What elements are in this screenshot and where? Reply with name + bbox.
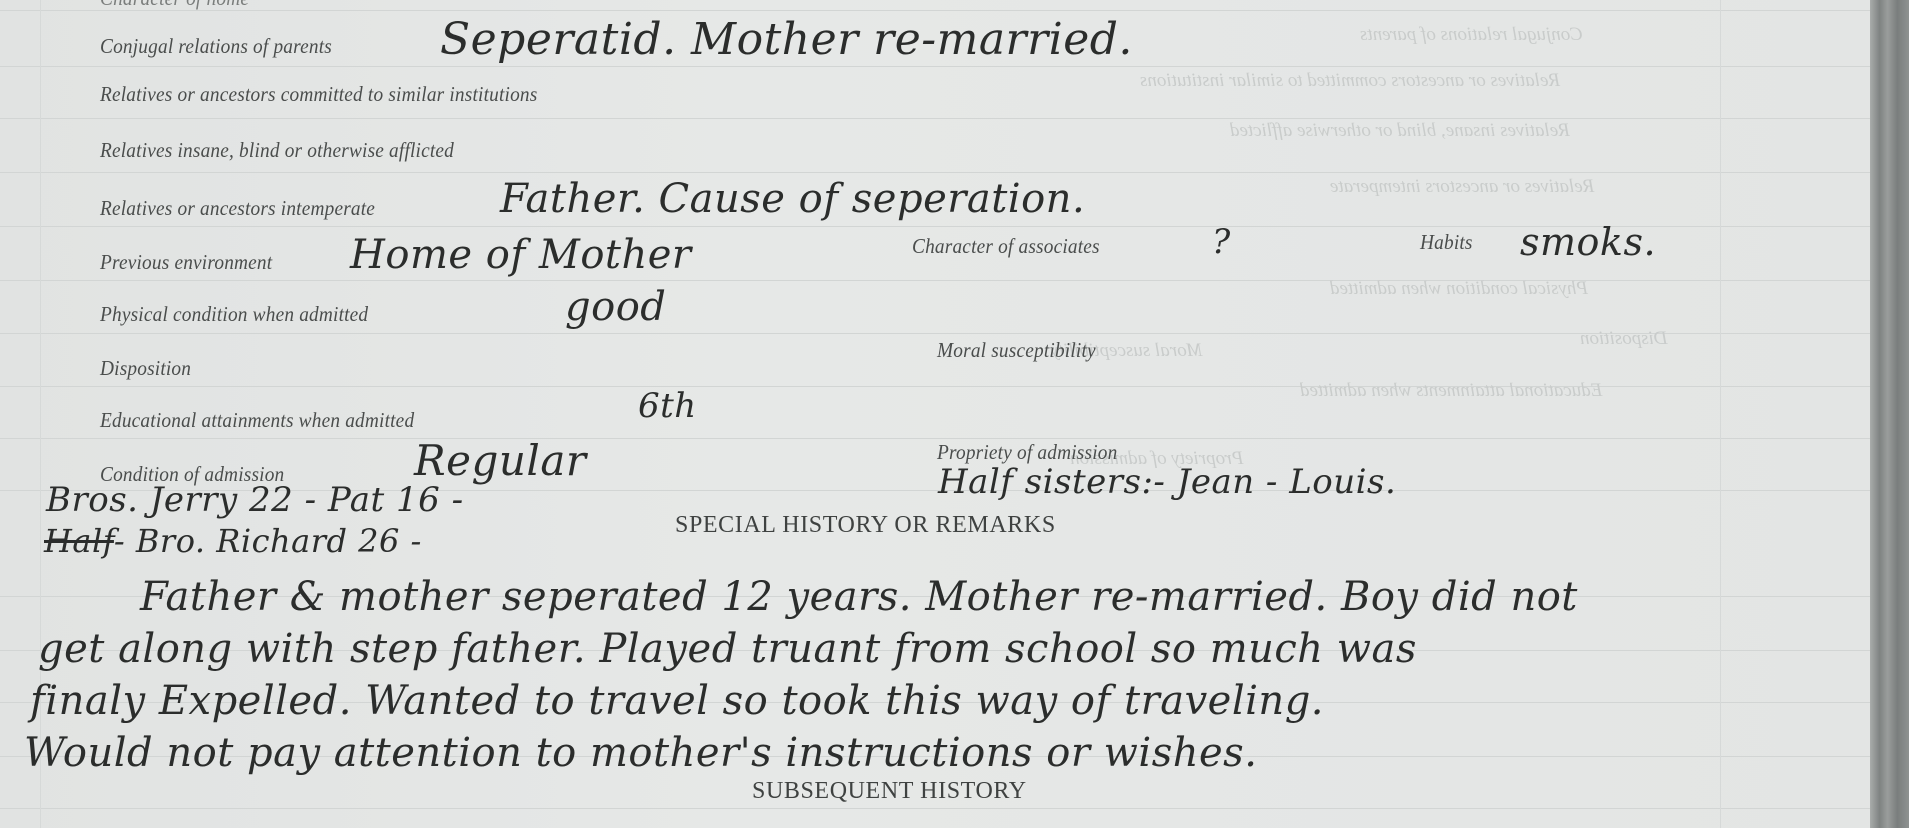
- value-propriety-of-admission: Half sisters:- Jean - Louis.: [938, 462, 1396, 502]
- subsequent-history-heading: SUBSEQUENT HISTORY: [752, 778, 1027, 805]
- bleed-through-text: Relatives or ancestors committed to simi…: [1140, 70, 1560, 92]
- value-physical-condition: good: [565, 284, 666, 330]
- label-moral-susceptibility: Moral susceptibility: [937, 338, 1096, 363]
- margin-note-half-brother: Half- Bro. Richard 26 -: [44, 522, 422, 560]
- value-conjugal-relations: Seperatid. Mother re-married.: [440, 14, 1133, 65]
- special-history-line: Father & mother seperated 12 years. Moth…: [140, 574, 1578, 620]
- label-relatives-committed: Relatives or ancestors committed to simi…: [100, 82, 537, 107]
- label-educational-attainments: Educational attainments when admitted: [100, 408, 414, 433]
- margin-note-brothers: Bros. Jerry 22 - Pat 16 -: [46, 480, 464, 520]
- special-history-line: Would not pay attention to mother's inst…: [24, 730, 1257, 776]
- rule-line: [0, 438, 1872, 439]
- rule-line: [0, 10, 1872, 11]
- bleed-through-text: Relatives insane, blind or otherwise aff…: [1230, 120, 1570, 142]
- label-previous-environment: Previous environment: [100, 250, 272, 275]
- label-physical-condition: Physical condition when admitted: [100, 302, 368, 327]
- label-habits: Habits: [1420, 230, 1473, 255]
- bleed-through-text: Educational attainments when admitted: [1300, 380, 1602, 402]
- value-educational-attainments: 6th: [638, 386, 697, 426]
- label-relatives-afflicted: Relatives insane, blind or otherwise aff…: [100, 138, 454, 163]
- label-character-of-associates: Character of associates: [912, 234, 1100, 259]
- partial-top-label: Character of home: [100, 0, 249, 11]
- value-character-of-associates: ?: [1212, 222, 1231, 262]
- book-binding-edge: [1870, 0, 1909, 828]
- bleed-through-text: Relatives or ancestors intemperate: [1330, 176, 1594, 198]
- special-history-heading: SPECIAL HISTORY OR REMARKS: [675, 512, 1056, 539]
- struck-word: Half: [44, 522, 114, 560]
- value-condition-of-admission: Regular: [414, 436, 586, 485]
- label-conjugal-relations: Conjugal relations of parents: [100, 34, 332, 59]
- value-previous-environment: Home of Mother: [350, 232, 692, 278]
- value-habits: smoks.: [1520, 220, 1656, 264]
- label-relatives-intemperate: Relatives or ancestors intemperate: [100, 196, 375, 221]
- rule-line: [0, 280, 1872, 281]
- special-history-line: finaly Expelled. Wanted to travel so too…: [30, 678, 1324, 724]
- bleed-through-text: Disposition: [1580, 328, 1668, 350]
- rule-line: [0, 118, 1872, 119]
- bleed-through-text: Physical condition when admitted: [1330, 278, 1588, 300]
- rule-line: [0, 172, 1872, 173]
- value-relatives-intemperate: Father. Cause of seperation.: [500, 176, 1085, 222]
- margin-line: [1720, 0, 1721, 828]
- rule-line: [0, 808, 1872, 809]
- margin-note-text: - Bro. Richard 26 -: [114, 522, 422, 560]
- special-history-line: get along with step father. Played truan…: [38, 626, 1417, 672]
- bleed-through-text: Conjugal relations of parents: [1360, 24, 1583, 46]
- document-page: Conjugal relations of parents Relatives …: [0, 0, 1872, 828]
- rule-line: [0, 66, 1872, 67]
- label-disposition: Disposition: [100, 356, 191, 381]
